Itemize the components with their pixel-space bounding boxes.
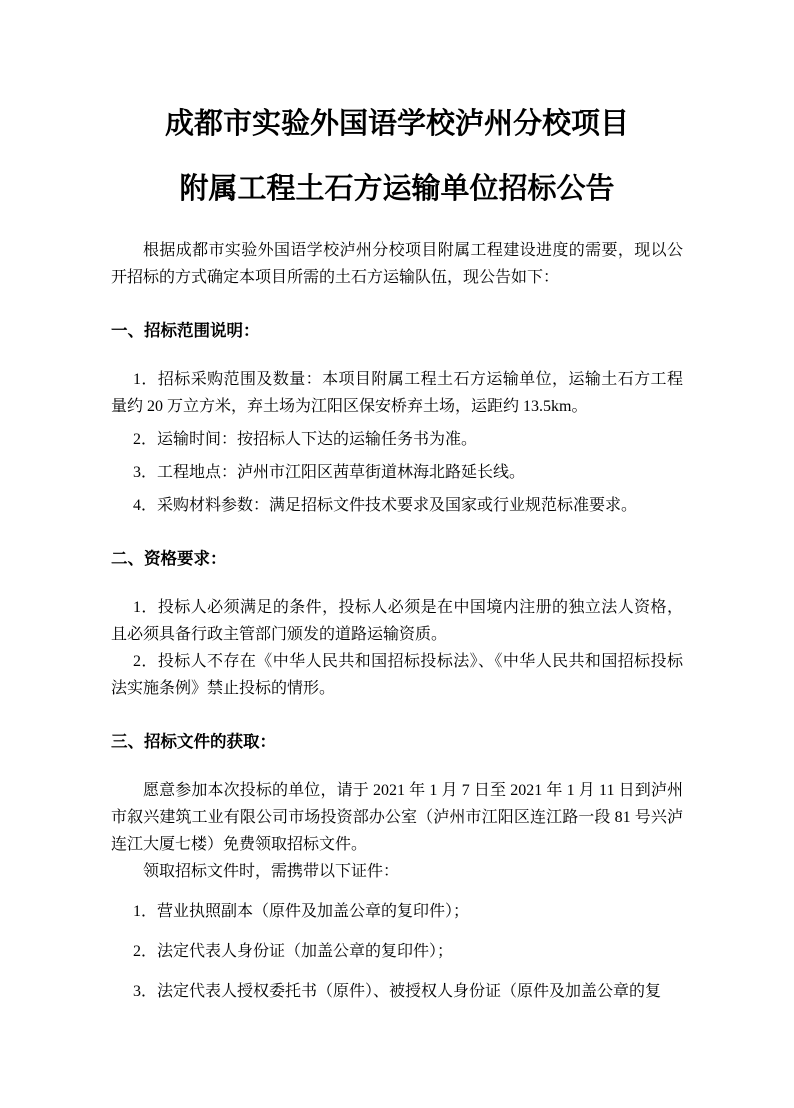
section-1-item-2: 2．运输时间：按招标人下达的运输任务书为准。 [111,426,683,453]
section-1-heading: 一、招标范围说明： [111,317,683,344]
section-3-item-3: 3．法定代表人授权委托书（原件）、被授权人身份证（原件及加盖公章的复 [111,978,683,1005]
section-1-item-3: 3．工程地点：泸州市江阳区茜草街道林海北路延长线。 [111,459,683,486]
section-2-heading: 二、资格要求： [111,545,683,572]
title-line-1: 成都市实验外国语学校泸州分校项目 [111,92,683,157]
section-1-item-1: 1．招标采购范围及数量：本项目附属工程土石方运输单位，运输土石方工程量约 20 … [111,366,683,420]
section-2-item-2: 2．投标人不存在《中华人民共和国招标投标法》、《中华人民共和国招标投标法实施条例… [111,648,683,702]
intro-paragraph: 根据成都市实验外国语学校泸州分校项目附属工程建设进度的需要，现以公开招标的方式确… [111,237,683,291]
section-1-item-4: 4．采购材料参数：满足招标文件技术要求及国家或行业规范标准要求。 [111,492,683,519]
section-3-item-2: 2．法定代表人身份证（加盖公章的复印件）； [111,938,683,965]
section-3-heading: 三、招标文件的获取： [111,728,683,755]
title-line-2: 附属工程土石方运输单位招标公告 [111,157,683,222]
section-3-paragraph-1: 愿意参加本次投标的单位，请于 2021 年 1 月 7 日至 2021 年 1 … [111,777,683,858]
section-2-item-1: 1．投标人必须满足的条件，投标人必须是在中国境内注册的独立法人资格，且必须具备行… [111,594,683,648]
section-3-item-1: 1．营业执照副本（原件及加盖公章的复印件）； [111,898,683,925]
document-title: 成都市实验外国语学校泸州分校项目 附属工程土石方运输单位招标公告 [111,92,683,222]
document-page: 成都市实验外国语学校泸州分校项目 附属工程土石方运输单位招标公告 根据成都市实验… [0,0,794,1108]
section-3-paragraph-2: 领取招标文件时，需携带以下证件： [111,858,683,885]
